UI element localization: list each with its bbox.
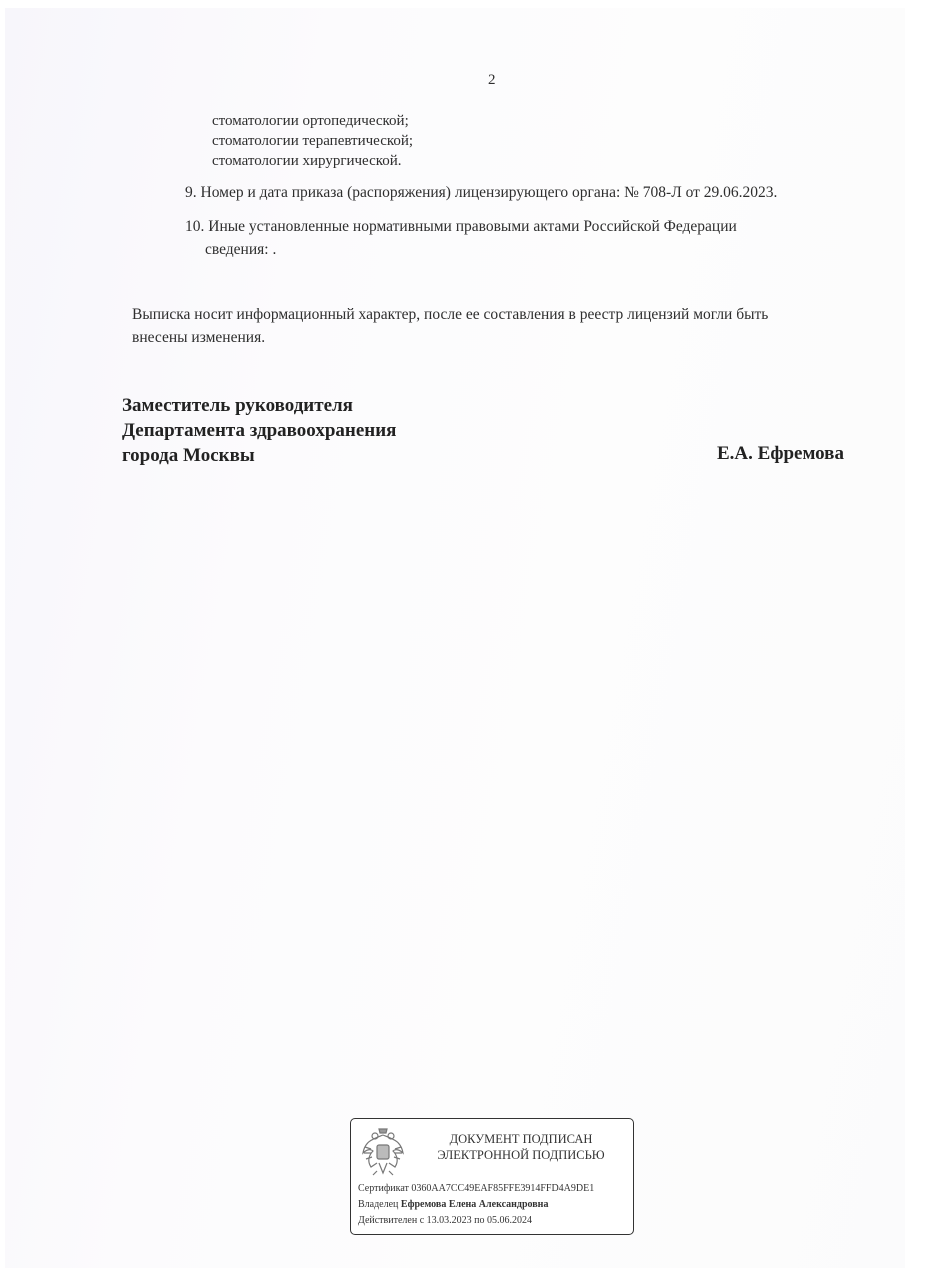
- validity-row: Действителен с 13.03.2023 по 05.06.2024: [358, 1213, 594, 1229]
- item-10-line2: сведения: .: [205, 239, 276, 260]
- validity-value: с 13.03.2023 по 05.06.2024: [420, 1215, 532, 1226]
- certificate-value: 0360AA7CC49EAF85FFE3914FFD4A9DE1: [411, 1183, 594, 1194]
- specialty-item: стоматологии терапевтической;: [212, 131, 413, 151]
- russian-coat-of-arms-icon: [359, 1123, 407, 1179]
- owner-value: Ефремова Елена Александровна: [401, 1199, 549, 1210]
- electronic-signature-stamp: ДОКУМЕНТ ПОДПИСАН ЭЛЕКТРОННОЙ ПОДПИСЬЮ С…: [350, 1118, 634, 1235]
- signatory-position: Заместитель руководителя Департамента зд…: [122, 393, 396, 468]
- item-9-order: 9. Номер и дата приказа (распоряжения) л…: [185, 182, 777, 203]
- owner-row: Владелец Ефремова Елена Александровна: [358, 1197, 594, 1213]
- position-line: Заместитель руководителя: [122, 393, 396, 418]
- stamp-title: ДОКУМЕНТ ПОДПИСАН ЭЛЕКТРОННОЙ ПОДПИСЬЮ: [421, 1131, 621, 1163]
- certificate-row: Сертификат 0360AA7CC49EAF85FFE3914FFD4A9…: [358, 1181, 594, 1197]
- specialty-item: стоматологии ортопедической;: [212, 111, 409, 131]
- page-number: 2: [488, 72, 496, 89]
- position-line: города Москвы: [122, 443, 396, 468]
- disclaimer-line2: внесены изменения.: [132, 326, 265, 349]
- stamp-details: Сертификат 0360AA7CC49EAF85FFE3914FFD4A9…: [358, 1181, 594, 1229]
- item-10-line1: 10. Иные установленные нормативными прав…: [185, 216, 737, 237]
- disclaimer-line1: Выписка носит информационный характер, п…: [132, 303, 768, 326]
- specialty-item: стоматологии хирургической.: [212, 151, 402, 171]
- position-line: Департамента здравоохранения: [122, 418, 396, 443]
- signer-name: Е.А. Ефремова: [717, 443, 844, 465]
